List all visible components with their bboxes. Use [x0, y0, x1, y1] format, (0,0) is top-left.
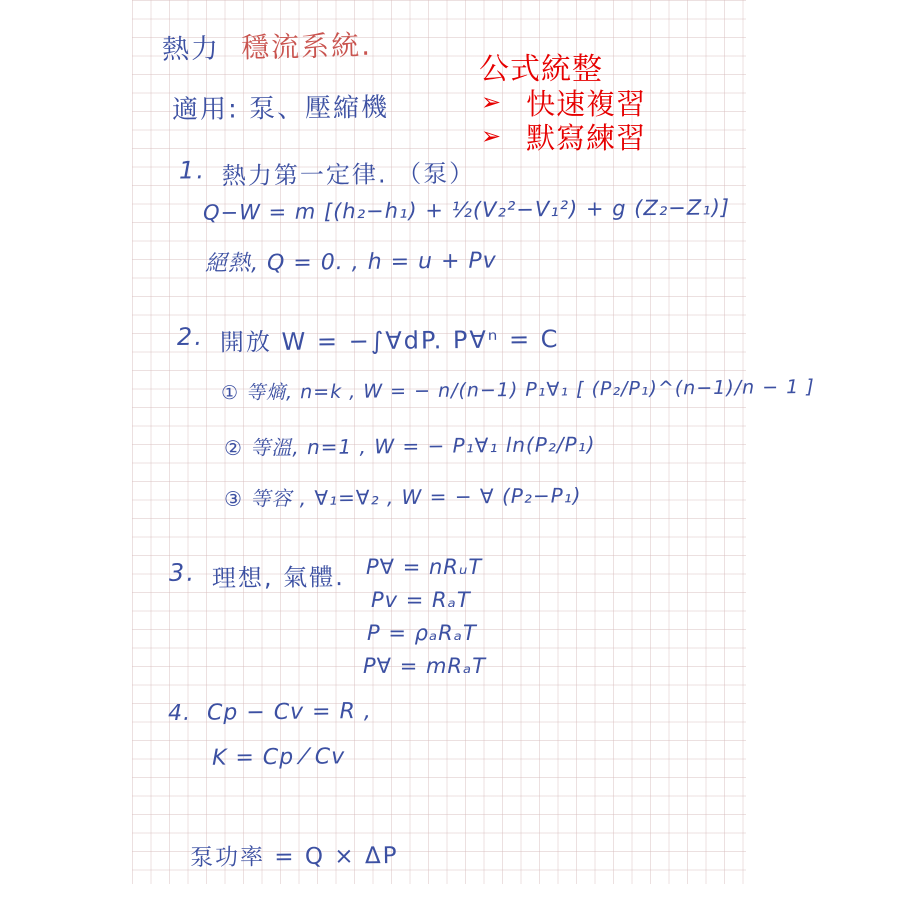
- arrow-bullet-icon: ➢: [481, 88, 502, 117]
- section-number: 3.: [169, 559, 196, 594]
- formula-ideal-gas-specific: Pv = RₐT: [371, 588, 471, 612]
- formula-ideal-gas-mass: P∀ = mRₐT: [363, 654, 486, 678]
- formula-isothermal: ② 等溫, n=1 , W = − P₁∀₁ ln(P₂/P₁): [224, 428, 596, 461]
- section-heading: 熱力第一定律. （泵）: [222, 153, 476, 191]
- formula-ideal-gas-density: P = ρₐRₐT: [367, 621, 477, 645]
- course-title: 熱力: [162, 26, 221, 66]
- section-1-heading-row: 1. 熱力第一定律. （泵）: [179, 153, 476, 191]
- pump-power-formula: 泵功率 = Q × ΔP: [190, 837, 399, 872]
- section-heading: 理想, 氣體.: [212, 557, 345, 593]
- callout-bullet: ➢ 默寫練習: [481, 116, 646, 157]
- section-heading: Cp − Cv = R ,: [207, 699, 372, 726]
- bullet-label: 默寫練習: [526, 116, 646, 157]
- formula-isochoric: ③ 等容 , ∀₁=∀₂ , W = − ∀ (P₂−P₁): [224, 479, 582, 512]
- section-number: 1.: [179, 156, 206, 191]
- arrow-bullet-icon: ➢: [481, 122, 502, 151]
- formula-ideal-gas-molar: P∀ = nRᵤT: [366, 555, 482, 579]
- section-number: 2.: [177, 323, 204, 358]
- topic-title: 穩流系統.: [241, 24, 373, 67]
- section-number: 4.: [168, 701, 191, 726]
- section-4-heading-row: 4. Cp − Cv = R ,: [168, 699, 372, 726]
- formula-specific-heat-ratio: K = Cp ⁄ Cv: [212, 744, 345, 770]
- section-2-heading-row: 2. 開放 W = −∫∀dP. P∀ⁿ = C: [177, 319, 560, 358]
- section-heading: 開放 W = −∫∀dP. P∀ⁿ = C: [220, 319, 560, 358]
- formula-adiabatic-enthalpy: 絕熱, Q = 0. , h = u + Pv: [205, 243, 497, 277]
- usage-note: 適用: 泵、壓縮機: [172, 87, 389, 126]
- section-3-heading-row: 3. 理想, 氣體.: [169, 557, 345, 594]
